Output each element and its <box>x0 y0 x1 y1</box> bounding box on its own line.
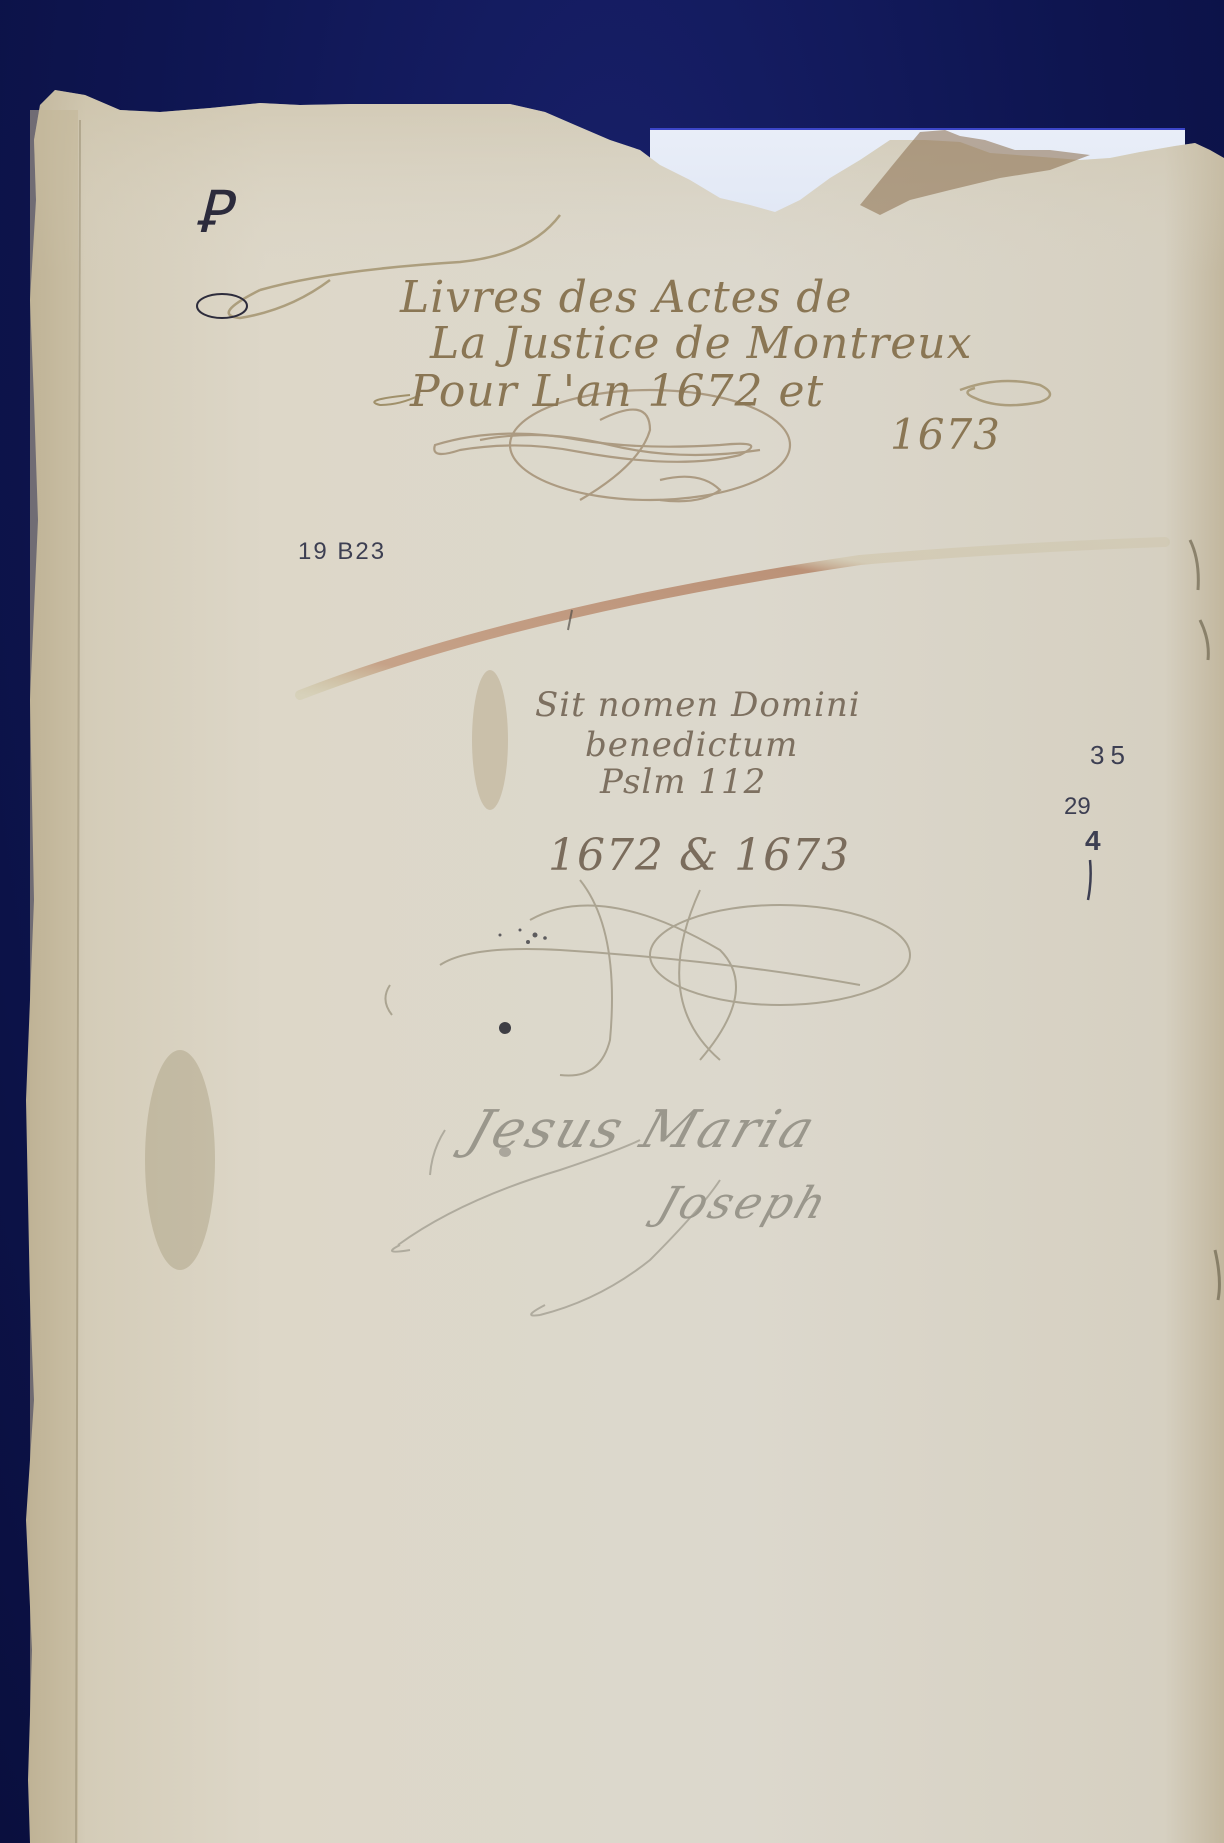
years-line: 1672 & 1673 <box>548 830 850 881</box>
spine-edge <box>30 110 78 1843</box>
shelfmark: 19 B23 <box>298 538 386 566</box>
motto-line-2: benedictum <box>585 725 798 765</box>
folio-number-middle: 29 <box>1064 793 1091 821</box>
signature-line-1: Jesus Maria <box>460 1100 824 1160</box>
monogram-initials: Ꝑ <box>195 178 231 246</box>
motto-line-1: Sit nomen Domini <box>535 685 861 725</box>
title-line-1: Livres des Actes de <box>400 272 852 323</box>
water-stain <box>145 1050 215 1270</box>
folio-number-top: 35 <box>1090 740 1131 771</box>
ink-blot <box>499 1022 511 1034</box>
title-line-3: Pour L'an 1672 et <box>410 366 824 417</box>
motto-line-3: Pslm 112 <box>600 762 766 802</box>
folio-number-bottom: 4 <box>1085 825 1101 857</box>
title-line-2: La Justice de Montreux <box>430 318 972 369</box>
water-stain <box>472 670 508 810</box>
signature-line-2: Joseph <box>652 1178 836 1229</box>
manuscript-page: Ꝑ Livres des Actes de La Justice de Mont… <box>0 0 1224 1843</box>
title-line-4: 1673 <box>890 410 1001 459</box>
